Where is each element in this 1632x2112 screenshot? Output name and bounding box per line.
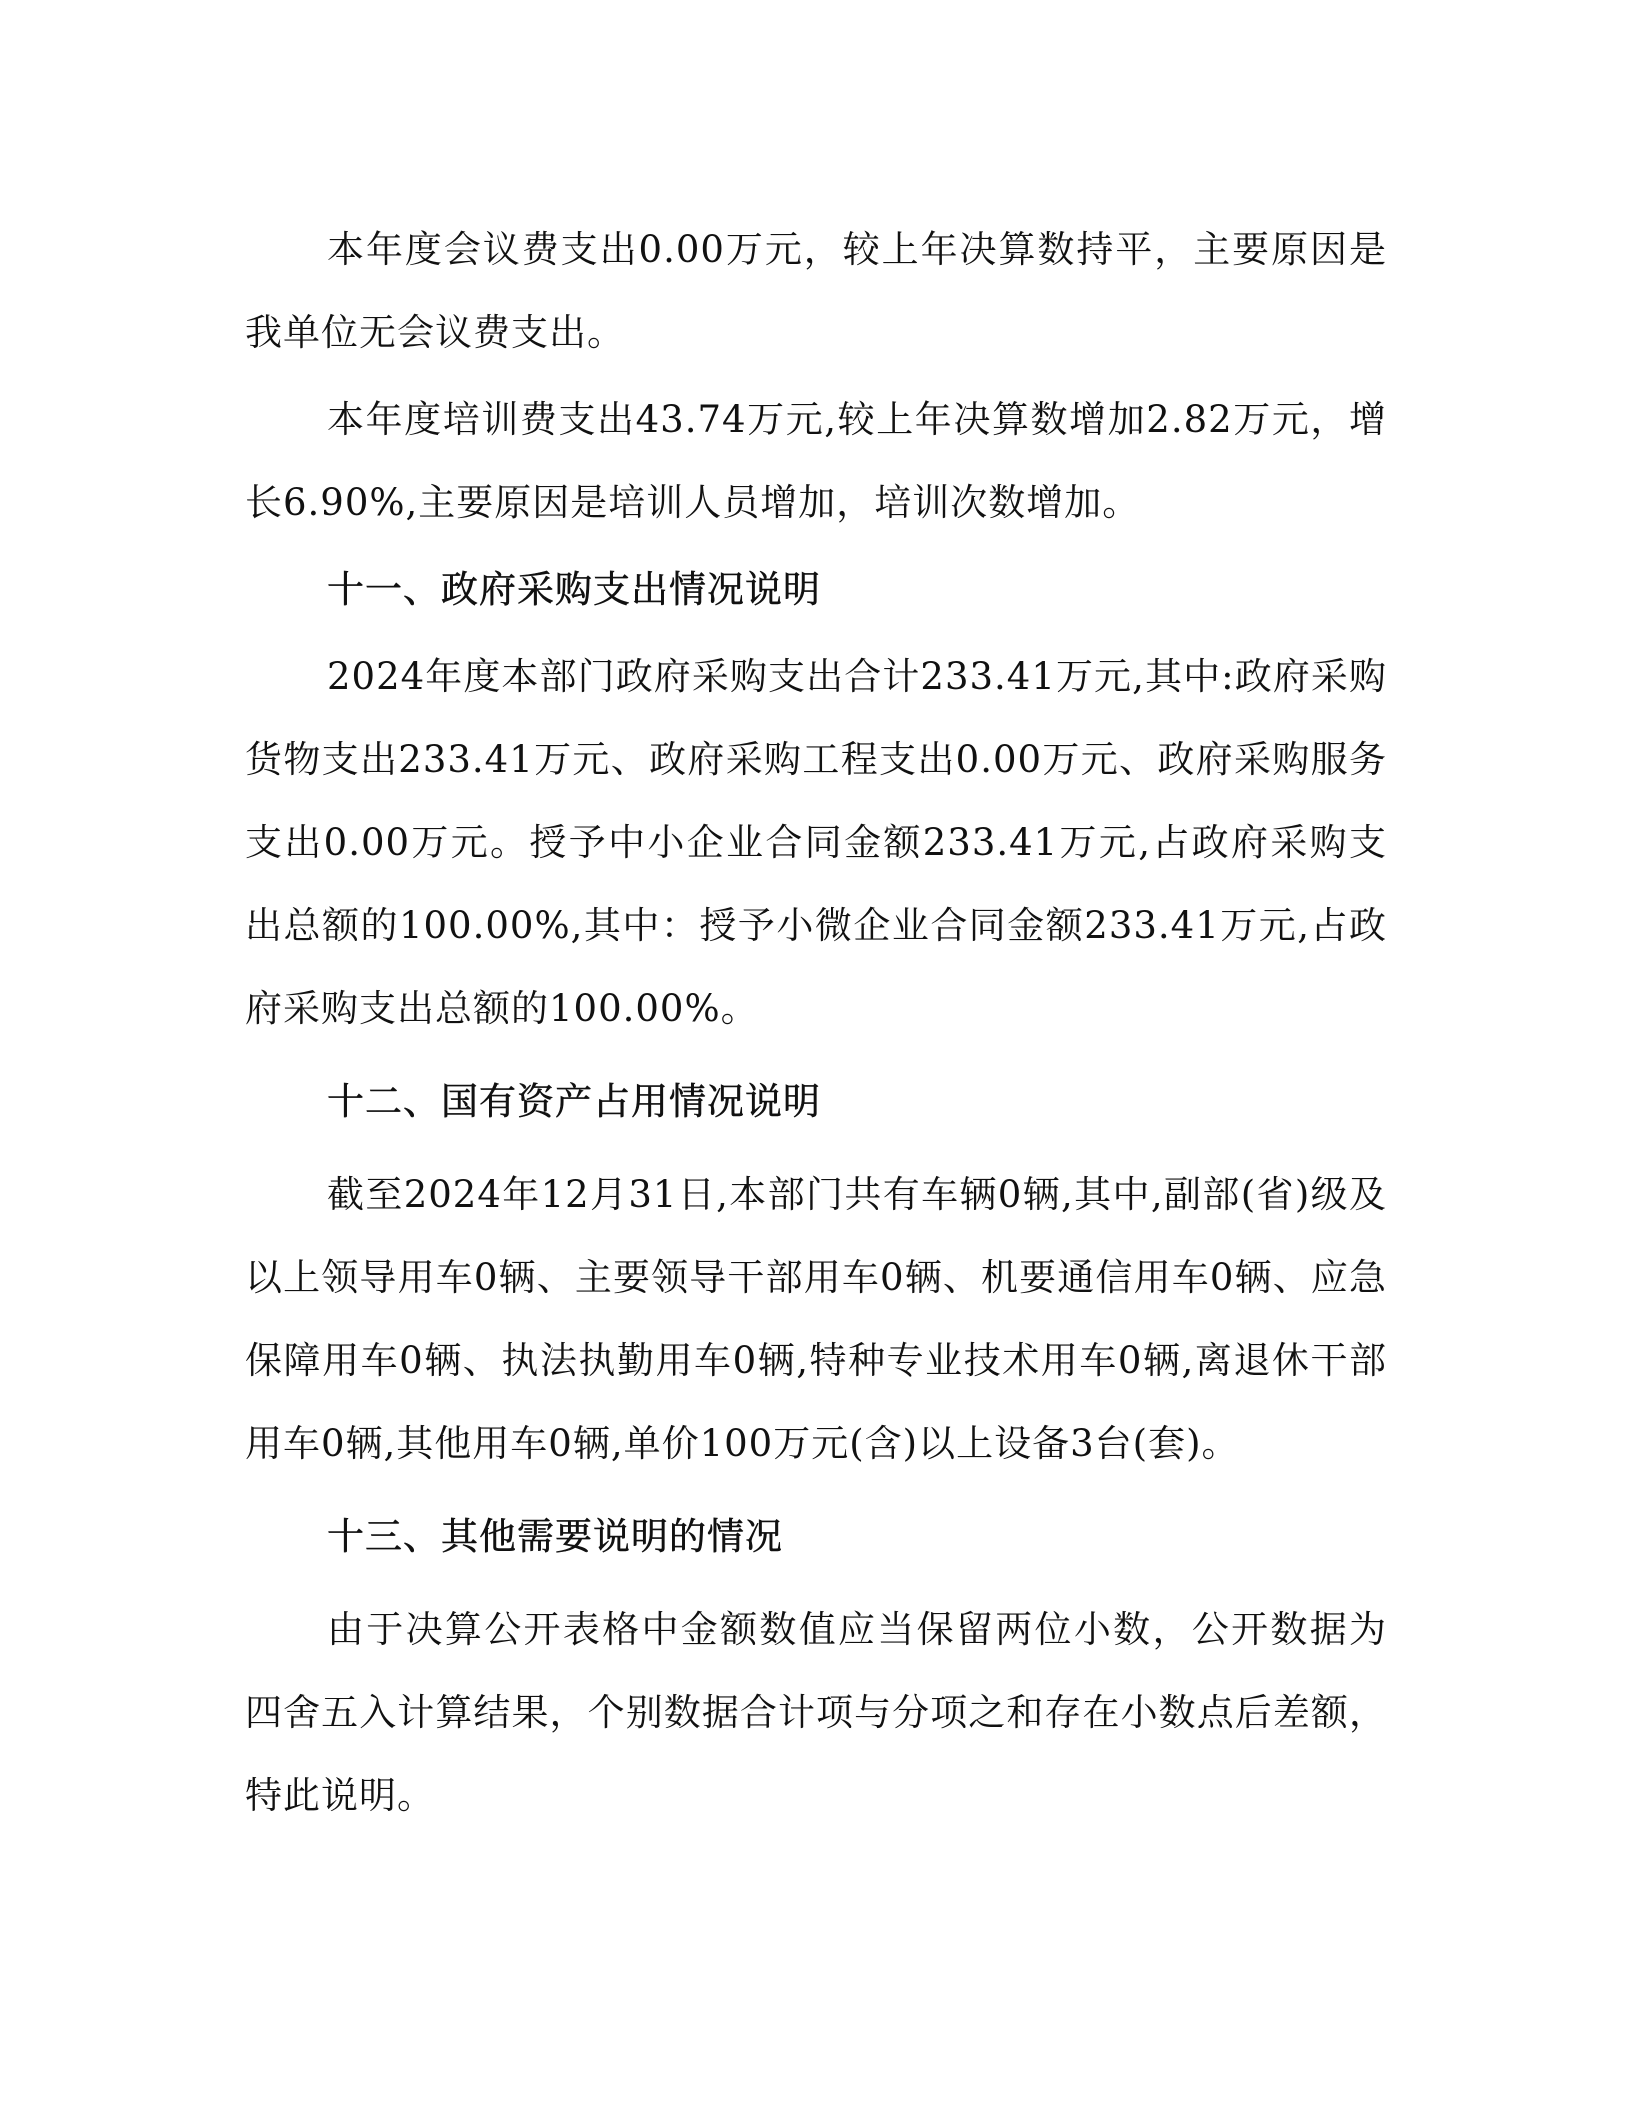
spacer <box>245 1485 1387 1495</box>
paragraph-state-assets: 截至2024年12月31日,本部门共有车辆0辆,其中,副部(省)级及以上领导用车… <box>245 1153 1387 1485</box>
section-heading-13-other: 十三、其他需要说明的情况 <box>245 1495 1387 1578</box>
paragraph-procurement: 2024年度本部门政府采购支出合计233.41万元,其中:政府采购货物支出233… <box>245 635 1387 1050</box>
section-heading-11-procurement: 十一、政府采购支出情况说明 <box>245 548 1387 631</box>
paragraph-training-expenses: 本年度培训费支出43.74万元,较上年决算数增加2.82万元，增长6.90%,主… <box>245 378 1387 544</box>
paragraph-rounding-note: 由于决算公开表格中金额数值应当保留两位小数，公开数据为四舍五入计算结果，个别数据… <box>245 1588 1387 1837</box>
paragraph-meeting-expenses: 本年度会议费支出0.00万元，较上年决算数持平，主要原因是我单位无会议费支出。 <box>245 208 1387 374</box>
document-page: 本年度会议费支出0.00万元，较上年决算数持平，主要原因是我单位无会议费支出。 … <box>245 208 1387 1837</box>
spacer <box>245 1050 1387 1060</box>
section-heading-12-state-assets: 十二、国有资产占用情况说明 <box>245 1060 1387 1143</box>
spacer <box>245 1578 1387 1588</box>
spacer <box>245 1143 1387 1153</box>
